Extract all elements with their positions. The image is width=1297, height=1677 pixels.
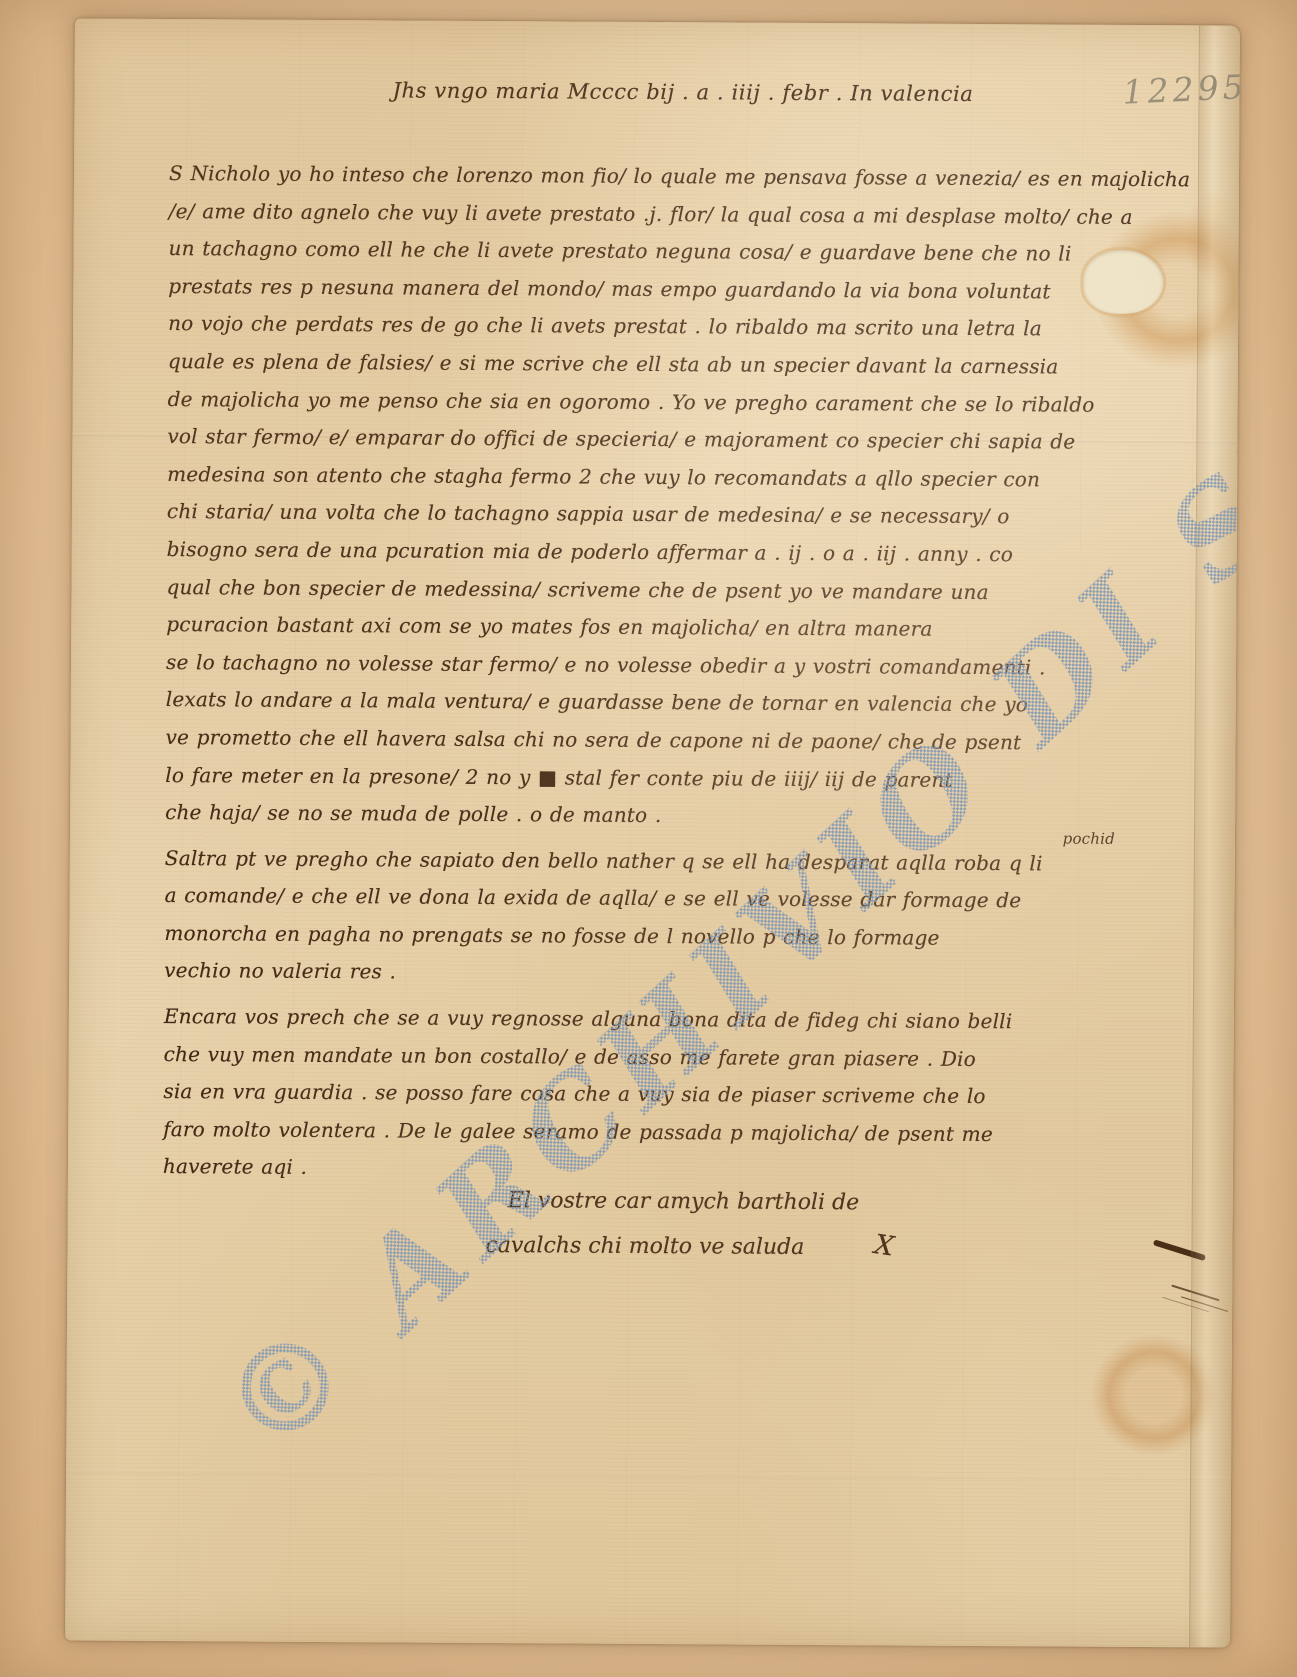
manuscript-line-text: S Nicholo yo ho inteso che lorenzo mon f… [169, 161, 1190, 191]
manuscript-line: se lo tachagno no volesse star fermo/ e … [166, 644, 1176, 688]
manuscript-line-text: haverete aqi . [163, 1154, 307, 1179]
manuscript-line-text: prestats res p nesuna manera del mondo/ … [168, 274, 1051, 303]
manuscript-line: monorcha en pagha no prengats se no foss… [164, 915, 1174, 959]
scan-background: { "document": { "kind": "medieval handwr… [0, 0, 1297, 1677]
manuscript-line: quale es plena de falsies/ e si me scriv… [168, 343, 1178, 387]
paragraph: S Nicholo yo ho inteso che lorenzo mon f… [165, 155, 1179, 838]
manuscript-line-text: medesina son atento che stagha fermo 2 c… [167, 462, 1040, 491]
signature-line-2: cavalchs chi molto ve saludaX [485, 1222, 893, 1269]
fold-crease-lower [66, 1470, 1231, 1480]
manuscript-line-text: vol star fermo/ e/ emparar do offici de … [167, 424, 1075, 454]
manuscript-line-text: chi staria/ una volta che lo tachagno sa… [167, 499, 1010, 528]
manuscript-line-text: bisogno sera de una pcuration mia de pod… [167, 537, 1013, 566]
manuscript-line: lo fare meter en la presone/ 2 no y ■ st… [165, 757, 1175, 801]
manuscript-line: che vuy men mandate un bon costallo/ e d… [164, 1036, 1174, 1080]
manuscript-line: un tachagno como ell he che li avete pre… [168, 230, 1178, 274]
manuscript-line: pcuracion bastant axi com se yo mates fo… [166, 606, 1176, 650]
invocation-dateline: Jhs vngo maria Mcccc bij . a . iiij . fe… [392, 78, 973, 106]
archive-number: 122958 [1122, 66, 1240, 112]
manuscript-line-text: pcuracion bastant axi com se yo mates fo… [166, 612, 932, 641]
manuscript-line-text: lexats lo andare a la mala ventura/ e gu… [166, 687, 1028, 716]
manuscript-line: sia en vra guardia . se posso fare cosa … [163, 1073, 1173, 1117]
manuscript-line: a comande/ e che ell ve dona la exida de… [164, 877, 1174, 921]
letter-body: S Nicholo yo ho inteso che lorenzo mon f… [163, 155, 1179, 1200]
manuscript-line-text: quale es plena de falsies/ e si me scriv… [168, 349, 1059, 378]
signature-cross-mark: X [871, 1223, 896, 1268]
paragraph: Encara vos prech che se a vuy regnosse a… [163, 998, 1174, 1192]
manuscript-line: chi staria/ una volta che lo tachagno sa… [167, 493, 1177, 537]
manuscript-line: bisogno sera de una pcuration mia de pod… [167, 531, 1177, 575]
manuscript-line-text: Encara vos prech che se a vuy regnosse a… [164, 1004, 1013, 1033]
manuscript-line: faro molto volentera . De le galee seram… [163, 1111, 1173, 1155]
manuscript-line: de majolicha yo me penso che sia en ogor… [168, 381, 1178, 425]
paragraph: Saltra pt ve pregho che sapiato den bell… [164, 840, 1175, 997]
manuscript-line-text: vechio no valeria res . [164, 958, 396, 983]
manuscript-line: qual che bon specier de medessina/ scriv… [166, 569, 1176, 613]
manuscript-line: lexats lo andare a la mala ventura/ e gu… [166, 681, 1176, 725]
manuscript-line: Saltra pt ve pregho che sapiato den bell… [165, 840, 1175, 884]
manuscript-line-text: faro molto volentera . De le galee seram… [163, 1117, 993, 1146]
signature-line-1: El vostre car amych bartholi de [508, 1179, 894, 1224]
manuscript-line-text: ve prometto che ell havera salsa chi no … [166, 725, 1022, 754]
manuscript-line-text: sia en vra guardia . se posso fare cosa … [163, 1079, 985, 1108]
manuscript-line: vechio no valeria res . [164, 952, 1174, 996]
manuscript-line: che haja/ se no se muda de polle . o de … [165, 794, 1175, 838]
interlinear-insertion: pochid [1063, 831, 1115, 846]
manuscript-line-text: /e/ ame dito agnelo che vuy li avete pre… [169, 199, 1133, 229]
manuscript-line: Encara vos prech che se a vuy regnosse a… [164, 998, 1174, 1042]
manuscript-line-text: no vojo che perdats res de go che li ave… [168, 311, 1042, 340]
manuscript-line-text: a comande/ e che ell ve dona la exida de… [165, 883, 1022, 912]
manuscript-line: medesina son atento che stagha fermo 2 c… [167, 456, 1177, 500]
deckle-edge [1189, 25, 1240, 1647]
manuscript-line-text: de majolicha yo me penso che sia en ogor… [168, 387, 1095, 417]
manuscript-paper: Jhs vngo maria Mcccc bij . a . iiij . fe… [65, 18, 1240, 1647]
manuscript-line-text: Saltra pt ve pregho che sapiato den bell… [165, 846, 1043, 875]
manuscript-line: no vojo che perdats res de go che li ave… [168, 305, 1178, 349]
manuscript-line-text: che haja/ se no se muda de polle . o de … [165, 800, 661, 827]
manuscript-line-text: un tachagno como ell he che li avete pre… [168, 236, 1071, 266]
manuscript-line-text: monorcha en pagha no prengats se no foss… [164, 921, 939, 950]
signature-block: El vostre car amych bartholi de cavalchs… [507, 1179, 894, 1269]
manuscript-line: vol star fermo/ e/ emparar do offici de … [167, 418, 1177, 462]
manuscript-line-text: qual che bon specier de medessina/ scriv… [166, 575, 988, 604]
manuscript-line: ve prometto che ell havera salsa chi no … [165, 719, 1175, 763]
signature-line-2-text: cavalchs chi molto ve saluda [485, 1233, 804, 1260]
manuscript-line-text: che vuy men mandate un bon costallo/ e d… [164, 1042, 976, 1071]
manuscript-line: S Nicholo yo ho inteso che lorenzo mon f… [169, 155, 1179, 199]
manuscript-line-text: se lo tachagno no volesse star fermo/ e … [166, 650, 1046, 679]
manuscript-line: prestats res p nesuna manera del mondo/ … [168, 268, 1178, 312]
manuscript-line-text: lo fare meter en la presone/ 2 no y ■ st… [165, 763, 953, 792]
manuscript-line: /e/ ame dito agnelo che vuy li avete pre… [169, 193, 1179, 237]
